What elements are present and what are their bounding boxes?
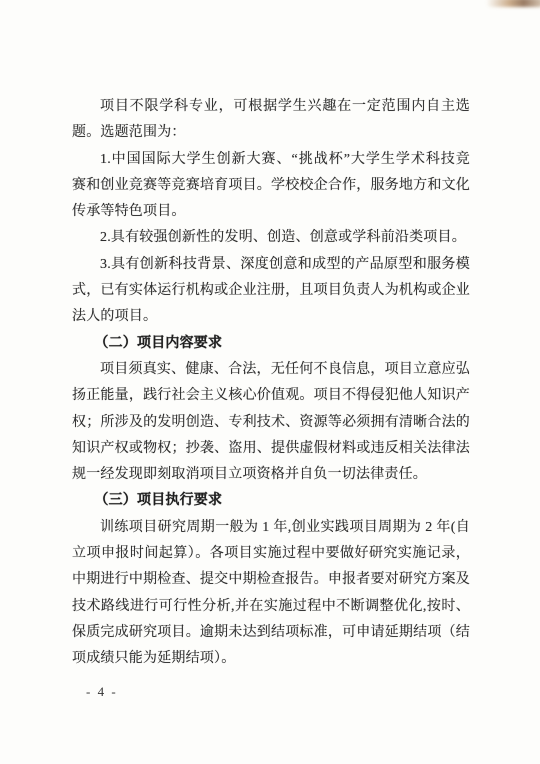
- scan-smudge: [486, 0, 540, 7]
- text-line: 传承等特色项目。: [72, 199, 470, 225]
- text-line: 项成绩只能为延期结项）。: [72, 646, 470, 672]
- text-line: 权；所涉及的发明创造、专利技术、资源等必须拥有清晰合法的: [72, 410, 470, 436]
- text-line: 知识产权或物权；抄袭、盗用、提供虚假材料或违反相关法律法: [72, 436, 470, 462]
- text-line: 扬正能量，践行社会主义核心价值观。项目不得侵犯他人知识产: [72, 383, 470, 409]
- text-line: 立项申报时间起算）。各项目实施过程中要做好研究实施记录，: [72, 541, 470, 567]
- document-page: 项目不限学科专业，可根据学生兴趣在一定范围内自主选题。选题范围为：1.中国国际大…: [0, 0, 540, 764]
- text-line: 2.具有较强创新性的发明、创造、创意或学科前沿类项目。: [72, 225, 470, 251]
- text-line: 保质完成研究项目。逾期未达到结项标准，可申请延期结项（结: [72, 620, 470, 646]
- text-line: （二）项目内容要求: [72, 331, 470, 357]
- text-line: 式，已有实体运行机构或企业注册，且项目负责人为机构或企业: [72, 278, 470, 304]
- text-line: 规一经发现即刻取消项目立项资格并自负一切法律责任。: [72, 462, 470, 488]
- text-line: 1.中国国际大学生创新大赛、“挑战杯”大学生学术科技竞: [72, 147, 470, 173]
- text-line: 项目不限学科专业，可根据学生兴趣在一定范围内自主选: [72, 94, 470, 120]
- document-body: 项目不限学科专业，可根据学生兴趣在一定范围内自主选题。选题范围为：1.中国国际大…: [72, 94, 470, 673]
- text-line: 3.具有创新科技背景、深度创意和成型的产品原型和服务模: [72, 252, 470, 278]
- text-line: 项目须真实、健康、合法，无任何不良信息，项目立意应弘: [72, 357, 470, 383]
- text-line: 法人的项目。: [72, 304, 470, 330]
- text-line: 题。选题范围为：: [72, 120, 470, 146]
- text-line: 训练项目研究周期一般为 1 年,创业实践项目周期为 2 年(自: [72, 515, 470, 541]
- text-line: （三）项目执行要求: [72, 488, 470, 514]
- page-number: - 4 -: [86, 684, 118, 700]
- text-line: 中期进行中期检查、提交中期检查报告。申报者要对研究方案及: [72, 567, 470, 593]
- text-line: 技术路线进行可行性分析,并在实施过程中不断调整优化,按时、: [72, 594, 470, 620]
- text-line: 赛和创业竞赛等竞赛培育项目。学校校企合作，服务地方和文化: [72, 173, 470, 199]
